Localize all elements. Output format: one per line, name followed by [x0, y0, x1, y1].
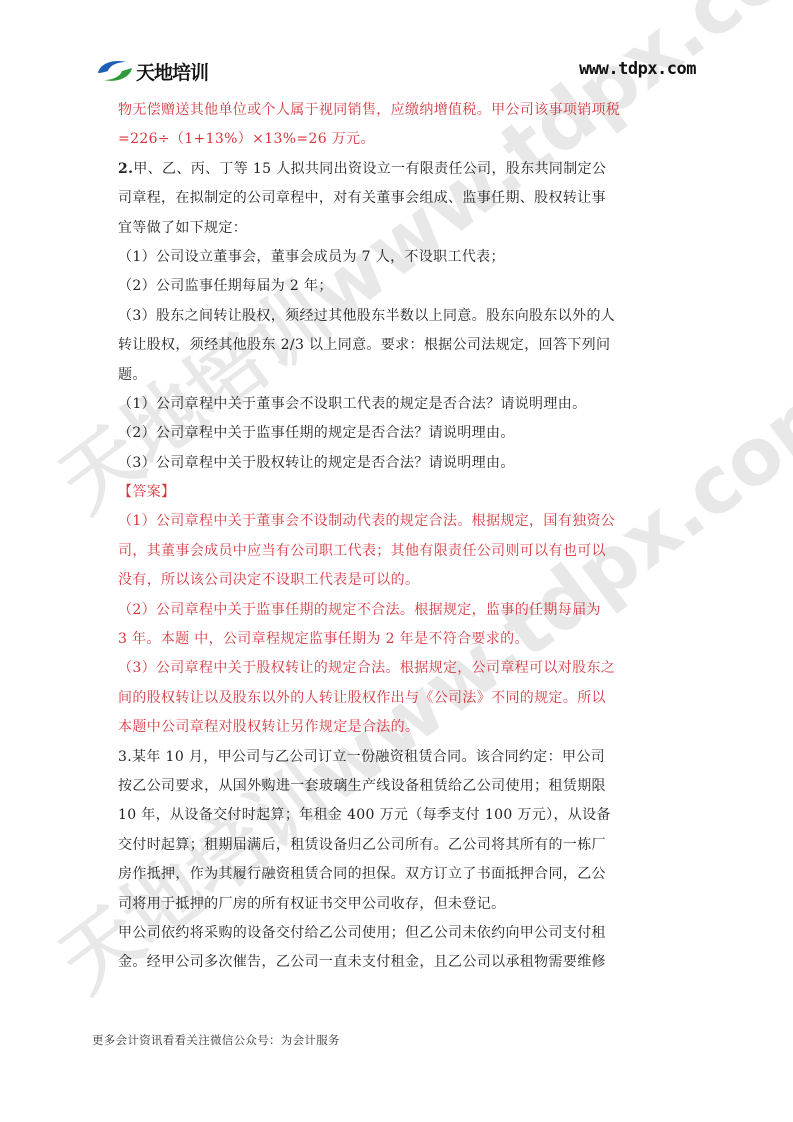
document-page: 天地培训www.tdpx.com 天地培训www.tdpx.com 天地培训 w…: [0, 0, 793, 1122]
question-item: （1）公司章程中关于董事会不设职工代表的规定是否合法？请说明理由。: [118, 390, 698, 419]
answer-line: 3 年。本题 中，公司章程规定监事任期为 2 年是不符合要求的。: [118, 625, 698, 654]
brand-logo: 天地培训: [96, 55, 208, 87]
text-line: 按乙公司要求，从国外购进一套玻璃生产线设备租赁给乙公司使用；租赁期限: [118, 772, 698, 801]
text-line: （2）公司监事任期每届为 2 年；: [118, 272, 698, 301]
question-number: 2.: [118, 161, 133, 177]
text-line: 转让股权，须经其他股东 2/3 以上同意。要求：根据公司法规定，回答下列问: [118, 331, 698, 360]
page-header: 天地培训 www.tdpx.com: [96, 55, 696, 87]
text-line: =226÷（1+13%）×13%=26 万元。: [118, 125, 698, 154]
text-line: 宜等做了如下规定：: [118, 214, 698, 243]
answer-line: （3）公司章程中关于股权转让的规定合法。根据规定，公司章程可以对股东之: [118, 654, 698, 683]
logo-text: 天地培训: [136, 58, 208, 85]
answer-line: 司，其董事会成员中应当有公司职工代表；其他有限责任公司则可以有也可以: [118, 537, 698, 566]
answer-line: （1）公司章程中关于董事会不设制动代表的规定合法。根据规定，国有独资公: [118, 507, 698, 536]
answer-line: （2）公司章程中关于监事任期的规定不合法。根据规定，监事的任期每届为: [118, 596, 698, 625]
text-line: 甲、乙、丙、丁等 15 人拟共同出资设立一有限责任公司，股东共同制定公: [133, 161, 606, 177]
answer-line: 本题中公司章程对股权转让另作规定是合法的。: [118, 713, 698, 742]
text-line: 金。经甲公司多次催告，乙公司一直未支付租金，且乙公司以承租物需要维修: [118, 948, 698, 977]
text-line: 3.某年 10 月，甲公司与乙公司订立一份融资租赁合同。该合同约定：甲公司: [118, 743, 698, 772]
text-line: 房作抵押，作为其履行融资租赁合同的担保。双方订立了书面抵押合同，乙公: [118, 860, 698, 889]
question-item: （2）公司章程中关于监事任期的规定是否合法？请说明理由。: [118, 419, 698, 448]
text-line: 10 年，从设备交付时起算；年租金 400 万元（每季支付 100 万元），从设…: [118, 801, 698, 830]
text-line: 交付时起算；租期届满后，租赁设备归乙公司所有。乙公司将其所有的一栋厂: [118, 831, 698, 860]
text-line: 甲公司依约将采购的设备交付给乙公司使用；但乙公司未依约向甲公司支付租: [118, 919, 698, 948]
document-body: 物无偿赠送其他单位或个人属于视同销售，应缴纳增值税。甲公司该事项销项税 =226…: [118, 96, 698, 978]
text-line: （1）公司设立董事会，董事会成员为 7 人，不设职工代表；: [118, 243, 698, 272]
text-line: 题。: [118, 361, 698, 390]
answer-heading: 【答案】: [118, 478, 698, 507]
text-line: 物无偿赠送其他单位或个人属于视同销售，应缴纳增值税。甲公司该事项销项税: [118, 96, 698, 125]
page-footer: 更多会计资讯看看关注微信公众号：为会计服务: [92, 1032, 340, 1048]
answer-line: 没有，所以该公司决定不设职工代表是可以的。: [118, 566, 698, 595]
answer-line: 间的股权转让以及股东以外的人转让股权作出与《公司法》不同的规定。所以: [118, 684, 698, 713]
logo-swoosh-icon: [96, 59, 134, 83]
text-line: 司将用于抵押的厂房的所有权证书交甲公司收存，但未登记。: [118, 890, 698, 919]
text-line: 司章程，在拟制定的公司章程中，对有关董事会组成、监事任期、股权转让事: [118, 184, 698, 213]
site-url[interactable]: www.tdpx.com: [579, 59, 696, 79]
question-heading: 2.甲、乙、丙、丁等 15 人拟共同出资设立一有限责任公司，股东共同制定公: [118, 155, 698, 184]
question-item: （3）公司章程中关于股权转让的规定是否合法？请说明理由。: [118, 449, 698, 478]
text-line: （3）股东之间转让股权，须经过其他股东半数以上同意。股东向股东以外的人: [118, 302, 698, 331]
